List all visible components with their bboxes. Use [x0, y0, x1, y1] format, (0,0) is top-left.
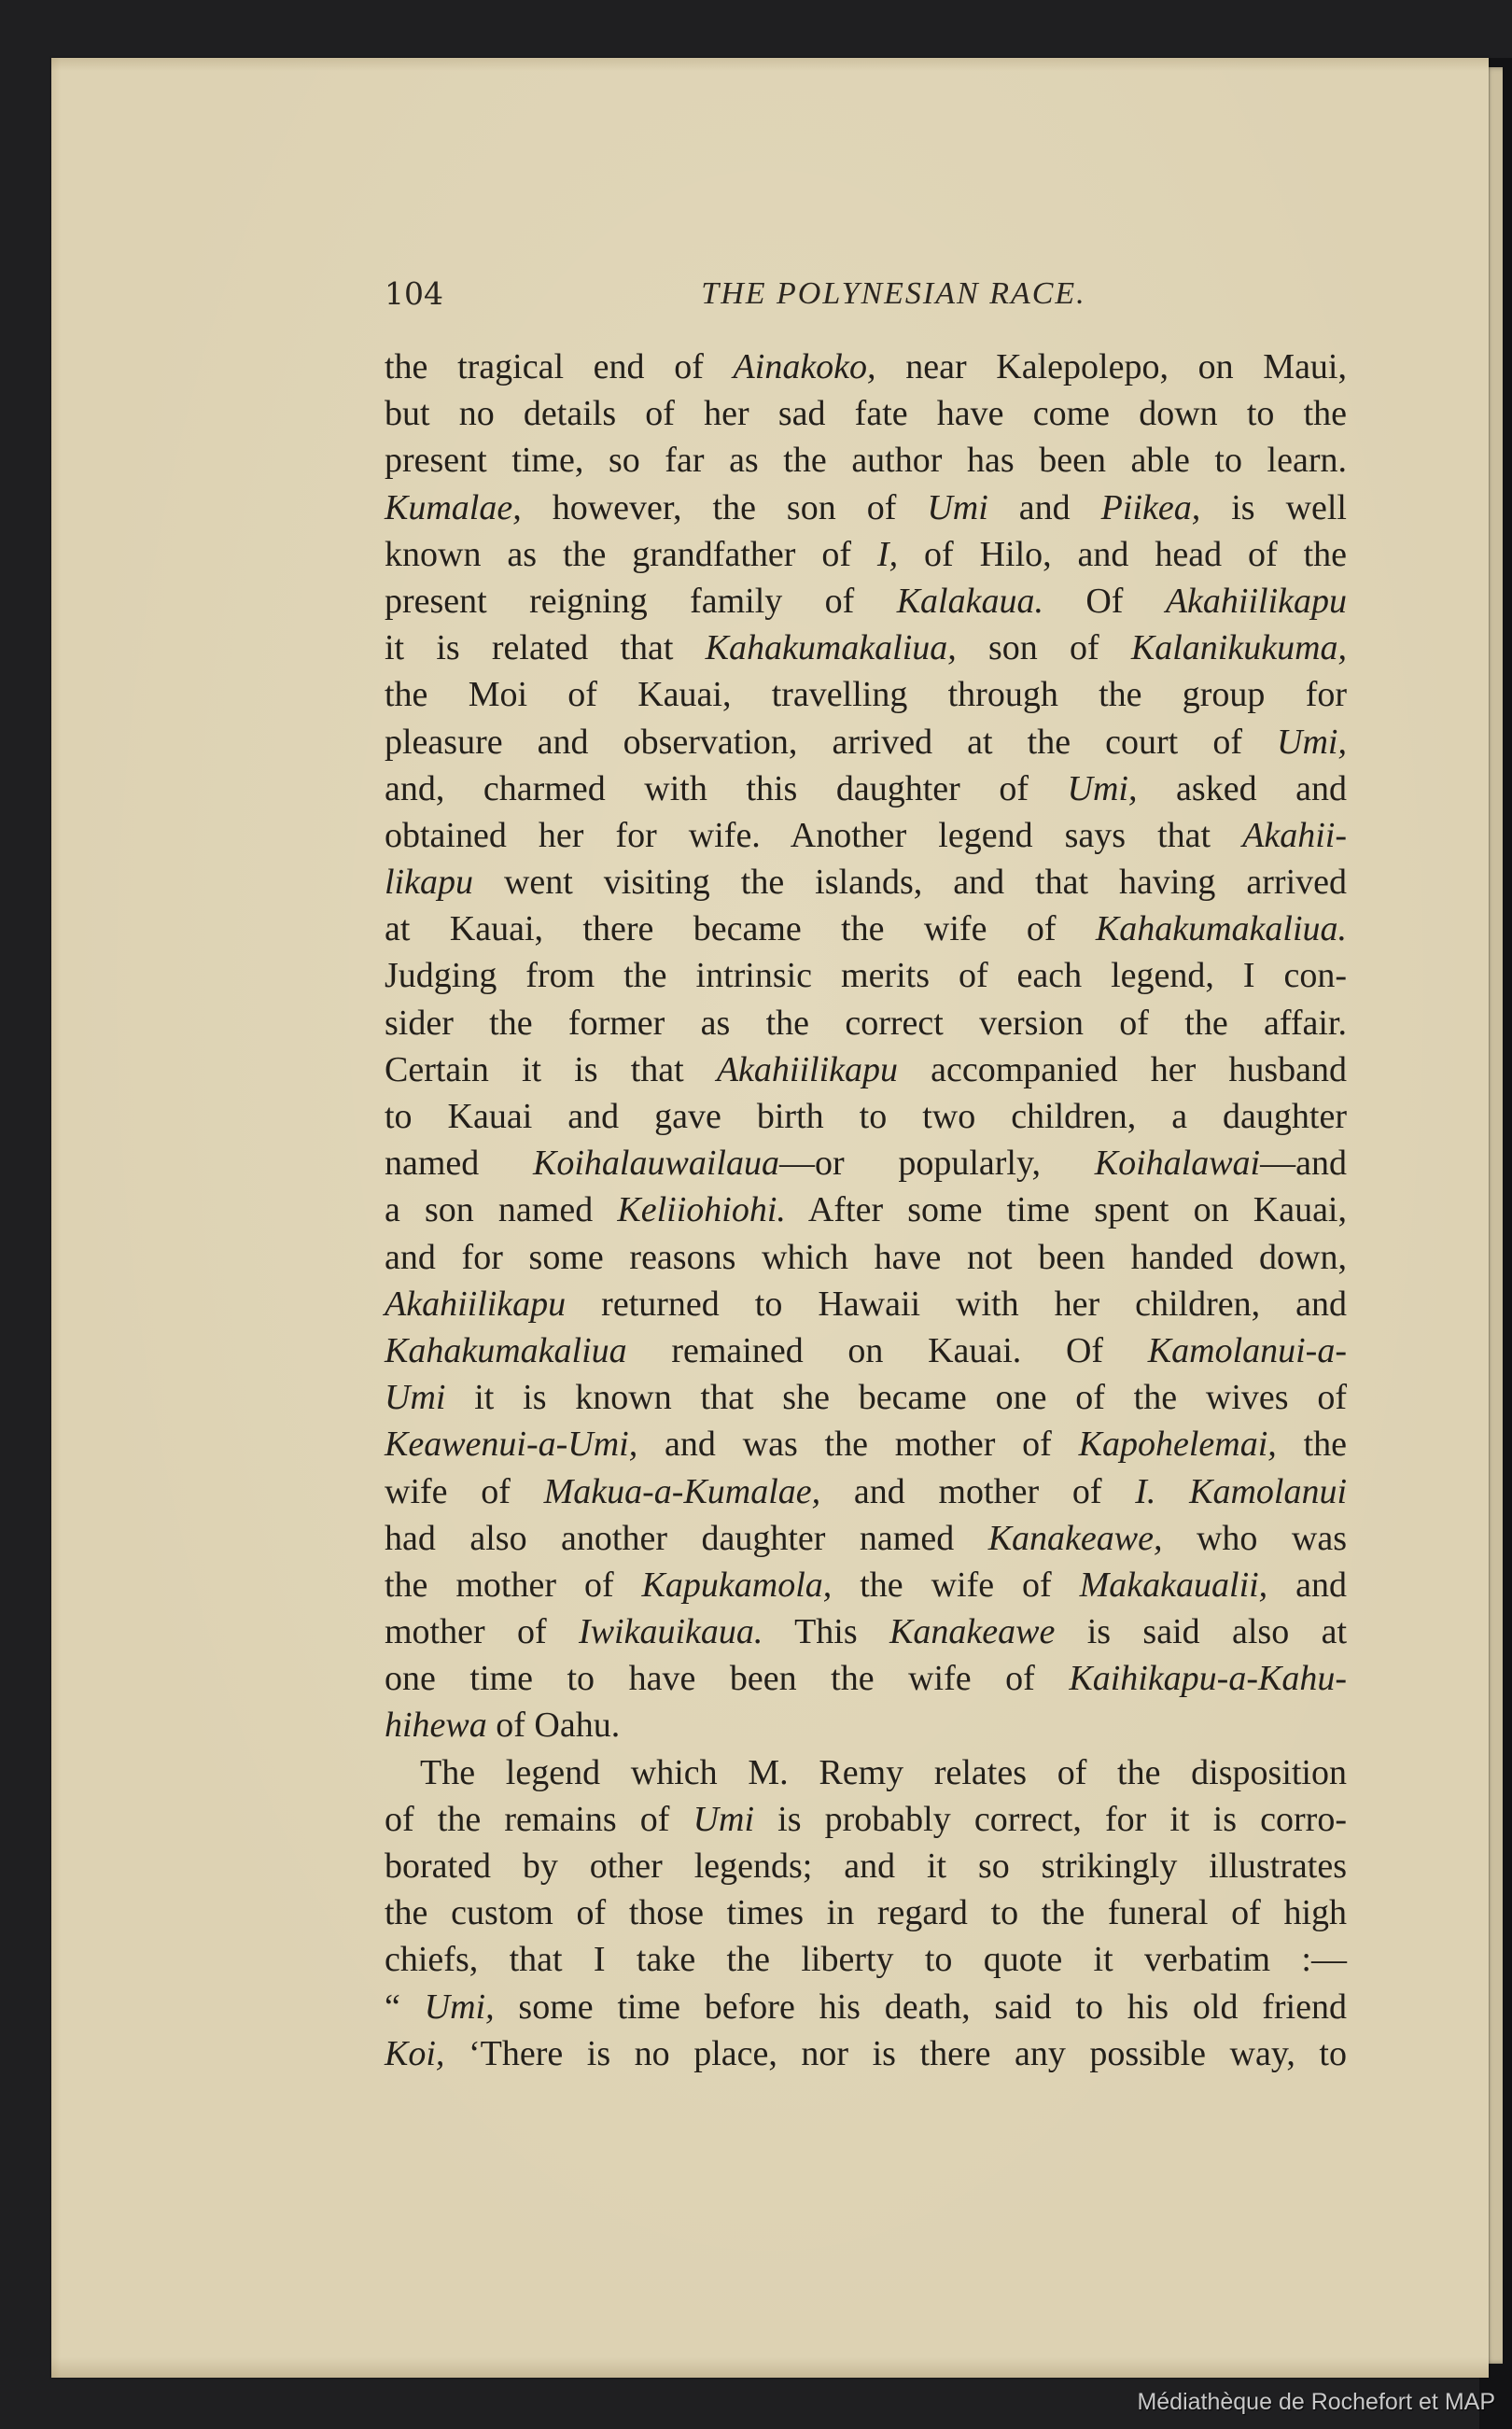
- text-segment: one time to have been the wife of: [385, 1659, 1069, 1698]
- text-line: wife of Makua-a-Kumalae, and mother of I…: [385, 1468, 1347, 1515]
- text-line: and, charmed with this daughter of Umi, …: [385, 765, 1347, 812]
- text-line: Koi, ‘There is no place, nor is there an…: [385, 2030, 1347, 2077]
- text-line: the tragical end of Ainakoko, near Kalep…: [385, 344, 1347, 390]
- italic-name: Koi,: [385, 2034, 444, 2073]
- text-segment: of Oahu.: [487, 1706, 620, 1745]
- text-segment: and was the mother of: [637, 1425, 1078, 1464]
- text-segment: This: [763, 1612, 889, 1651]
- italic-name: Kalakaua.: [897, 582, 1043, 621]
- text-line: “ Umi, some time before his death, said …: [385, 1984, 1347, 2030]
- text-line: known as the grandfather of I, of Hilo, …: [385, 531, 1347, 578]
- text-segment: and, charmed with this daughter of: [385, 769, 1068, 808]
- text-segment: the wife of: [832, 1566, 1079, 1605]
- italic-name: likapu: [385, 863, 473, 902]
- italic-name: Kapohelemai,: [1079, 1425, 1277, 1464]
- text-segment: returned to Hawaii with her children, an…: [566, 1285, 1347, 1324]
- text-line: Judging from the intrinsic merits of eac…: [385, 952, 1347, 999]
- text-segment: had also another daughter named: [385, 1519, 988, 1558]
- italic-name: Umi: [927, 488, 987, 527]
- text-segment: of the remains of: [385, 1800, 693, 1839]
- text-line: mother of Iwikauikaua. This Kanakeawe is…: [385, 1608, 1347, 1655]
- text-line: The legend which M. Remy relates of the …: [385, 1749, 1347, 1796]
- italic-name: I.: [1135, 1472, 1155, 1511]
- italic-name: Kamolanui: [1189, 1472, 1347, 1511]
- italic-name: Kalanikukuma,: [1131, 628, 1347, 667]
- watermark: Médiathèque de Rochefort et MAP: [1137, 2389, 1495, 2416]
- text-segment: at Kauai, there became the wife of: [385, 909, 1096, 948]
- text-line: obtained her for wife. Another legend sa…: [385, 812, 1347, 859]
- body-text: the tragical end of Ainakoko, near Kalep…: [385, 344, 1347, 2077]
- text-segment: remained on Kauai. Of: [627, 1331, 1148, 1370]
- text-segment: sider the former as the correct version …: [385, 1004, 1347, 1043]
- italic-name: Kahakumakaliua: [385, 1331, 627, 1370]
- italic-name: Akahiilikapu: [717, 1050, 898, 1089]
- italic-name: Umi,: [425, 1987, 495, 2027]
- italic-name: Keliiohiohi.: [617, 1190, 786, 1229]
- text-segment: near Kalepolepo, on Maui,: [876, 347, 1347, 386]
- text-segment: Judging from the intrinsic merits of eac…: [385, 956, 1347, 995]
- text-line: at Kauai, there became the wife of Kahak…: [385, 906, 1347, 952]
- text-line: of the remains of Umi is probably correc…: [385, 1796, 1347, 1843]
- italic-name: Kanakeawe,: [988, 1519, 1163, 1558]
- text-line: pleasure and observation, arrived at the…: [385, 719, 1347, 765]
- text-line: likapu went visiting the islands, and th…: [385, 859, 1347, 906]
- italic-name: Iwikauikaua.: [579, 1612, 763, 1651]
- text-segment: The legend which M. Remy relates of the …: [420, 1753, 1347, 1792]
- italic-name: Keawenui-a-Umi,: [385, 1425, 637, 1464]
- text-segment: pleasure and observation, arrived at the…: [385, 723, 1277, 762]
- text-segment: is said also at: [1055, 1612, 1347, 1651]
- text-segment: —and: [1260, 1144, 1347, 1183]
- text-line: Kumalae, however, the son of Umi and Pii…: [385, 484, 1347, 531]
- text-segment: ‘There is no place, nor is there any pos…: [444, 2034, 1347, 2073]
- text-line: Akahiilikapu returned to Hawaii with her…: [385, 1281, 1347, 1327]
- text-line: Certain it is that Akahiilikapu accompan…: [385, 1046, 1347, 1093]
- text-segment: it is known that she became one of the w…: [445, 1378, 1347, 1417]
- text-segment: the Moi of Kauai, travelling through the…: [385, 675, 1347, 714]
- text-line: hihewa of Oahu.: [385, 1702, 1347, 1748]
- text-line: the custom of those times in regard to t…: [385, 1889, 1347, 1936]
- text-line: had also another daughter named Kanakeaw…: [385, 1515, 1347, 1562]
- text-segment: son of: [957, 628, 1131, 667]
- text-segment: and: [1267, 1566, 1347, 1605]
- text-segment: accompanied her husband: [898, 1050, 1347, 1089]
- text-line: to Kauai and gave birth to two children,…: [385, 1093, 1347, 1140]
- text-segment: present reigning family of: [385, 582, 897, 621]
- text-line: Kahakumakaliua remained on Kauai. Of Kam…: [385, 1327, 1347, 1374]
- italic-name: Kumalae,: [385, 488, 522, 527]
- text-segment: Certain it is that: [385, 1050, 717, 1089]
- italic-name: Umi,: [1068, 769, 1138, 808]
- italic-name: Umi: [385, 1378, 445, 1417]
- text-segment: is probably correct, for it is corro-: [754, 1800, 1347, 1839]
- italic-name: Kaihikapu-a-Kahu-: [1069, 1659, 1347, 1698]
- text-segment: the tragical end of: [385, 347, 734, 386]
- italic-name: Umi: [693, 1800, 754, 1839]
- italic-name: Akahii-: [1242, 816, 1347, 855]
- text-line: it is related that Kahakumakaliua, son o…: [385, 625, 1347, 671]
- text-segment: Of: [1043, 582, 1166, 621]
- italic-name: I,: [877, 535, 898, 574]
- text-line: the Moi of Kauai, travelling through the…: [385, 671, 1347, 718]
- italic-name: Piikea,: [1101, 488, 1201, 527]
- italic-name: Koihalawai: [1095, 1144, 1260, 1183]
- text-line: but no details of her sad fate have come…: [385, 390, 1347, 437]
- text-segment: present time, so far as the author has b…: [385, 441, 1347, 480]
- text-line: chiefs, that I take the liberty to quote…: [385, 1936, 1347, 1983]
- text-segment: it is related that: [385, 628, 706, 667]
- italic-name: Makakaualii,: [1080, 1566, 1268, 1605]
- italic-name: hihewa: [385, 1706, 487, 1745]
- text-line: named Koihalauwailaua—or popularly, Koih…: [385, 1140, 1347, 1186]
- italic-name: Kanakeawe: [889, 1612, 1055, 1651]
- text-segment: the: [1277, 1425, 1347, 1464]
- text-segment: the mother of: [385, 1566, 642, 1605]
- italic-name: Kahakumakaliua.: [1096, 909, 1347, 948]
- italic-name: Umi,: [1277, 723, 1347, 762]
- text-segment: asked and: [1138, 769, 1348, 808]
- text-segment: but no details of her sad fate have come…: [385, 394, 1347, 433]
- italic-name: Kapukamola,: [642, 1566, 833, 1605]
- italic-name: Akahiilikapu: [385, 1285, 566, 1324]
- text-line: borated by other legends; and it so stri…: [385, 1843, 1347, 1889]
- text-segment: and: [988, 488, 1101, 527]
- italic-name: Akahiilikapu: [1166, 582, 1347, 621]
- text-segment: who was: [1162, 1519, 1347, 1558]
- running-head: 104 THE POLYNESIAN RACE.: [385, 271, 1347, 317]
- text-segment: “: [385, 1987, 425, 2027]
- text-segment: known as the grandfather of: [385, 535, 877, 574]
- text-segment: of Hilo, and head of the: [898, 535, 1347, 574]
- text-segment: borated by other legends; and it so stri…: [385, 1846, 1347, 1886]
- text-line: Umi it is known that she became one of t…: [385, 1374, 1347, 1421]
- text-line: the mother of Kapukamola, the wife of Ma…: [385, 1562, 1347, 1608]
- text-segment: mother of: [385, 1612, 579, 1651]
- text-segment: the custom of those times in regard to t…: [385, 1893, 1347, 1932]
- text-line: sider the former as the correct version …: [385, 1000, 1347, 1046]
- italic-name: Kamolanui-a-: [1148, 1331, 1347, 1370]
- text-segment: a son named: [385, 1190, 617, 1229]
- text-segment: obtained her for wife. Another legend sa…: [385, 816, 1242, 855]
- text-segment: After some time spent on Kauai,: [786, 1190, 1347, 1229]
- italic-name: Makua-a-Kumalae,: [544, 1472, 821, 1511]
- text-segment: named: [385, 1144, 533, 1183]
- italic-name: Ainakoko,: [734, 347, 876, 386]
- text-line: present reigning family of Kalakaua. Of …: [385, 578, 1347, 625]
- text-line: a son named Keliiohiohi. After some time…: [385, 1186, 1347, 1233]
- text-segment: went visiting the islands, and that havi…: [473, 863, 1347, 902]
- text-segment: some time before his death, said to his …: [495, 1987, 1347, 2027]
- italic-name: Kahakumakaliua,: [706, 628, 957, 667]
- text-segment: chiefs, that I take the liberty to quote…: [385, 1940, 1347, 1979]
- text-line: and for some reasons which have not been…: [385, 1234, 1347, 1281]
- text-line: one time to have been the wife of Kaihik…: [385, 1655, 1347, 1702]
- text-line: present time, so far as the author has b…: [385, 437, 1347, 484]
- italic-name: Koihalauwailaua: [533, 1144, 779, 1183]
- text-segment: however, the son of: [522, 488, 928, 527]
- running-title: THE POLYNESIAN RACE.: [385, 271, 1347, 317]
- text-segment: wife of: [385, 1472, 544, 1511]
- text-segment: to Kauai and gave birth to two children,…: [385, 1097, 1347, 1136]
- text-segment: and mother of: [820, 1472, 1135, 1511]
- text-segment: and for some reasons which have not been…: [385, 1238, 1347, 1277]
- text-segment: —or popularly,: [779, 1144, 1095, 1183]
- text-segment: is well: [1200, 488, 1347, 527]
- text-line: Keawenui-a-Umi, and was the mother of Ka…: [385, 1421, 1347, 1467]
- text-segment: [1155, 1472, 1189, 1511]
